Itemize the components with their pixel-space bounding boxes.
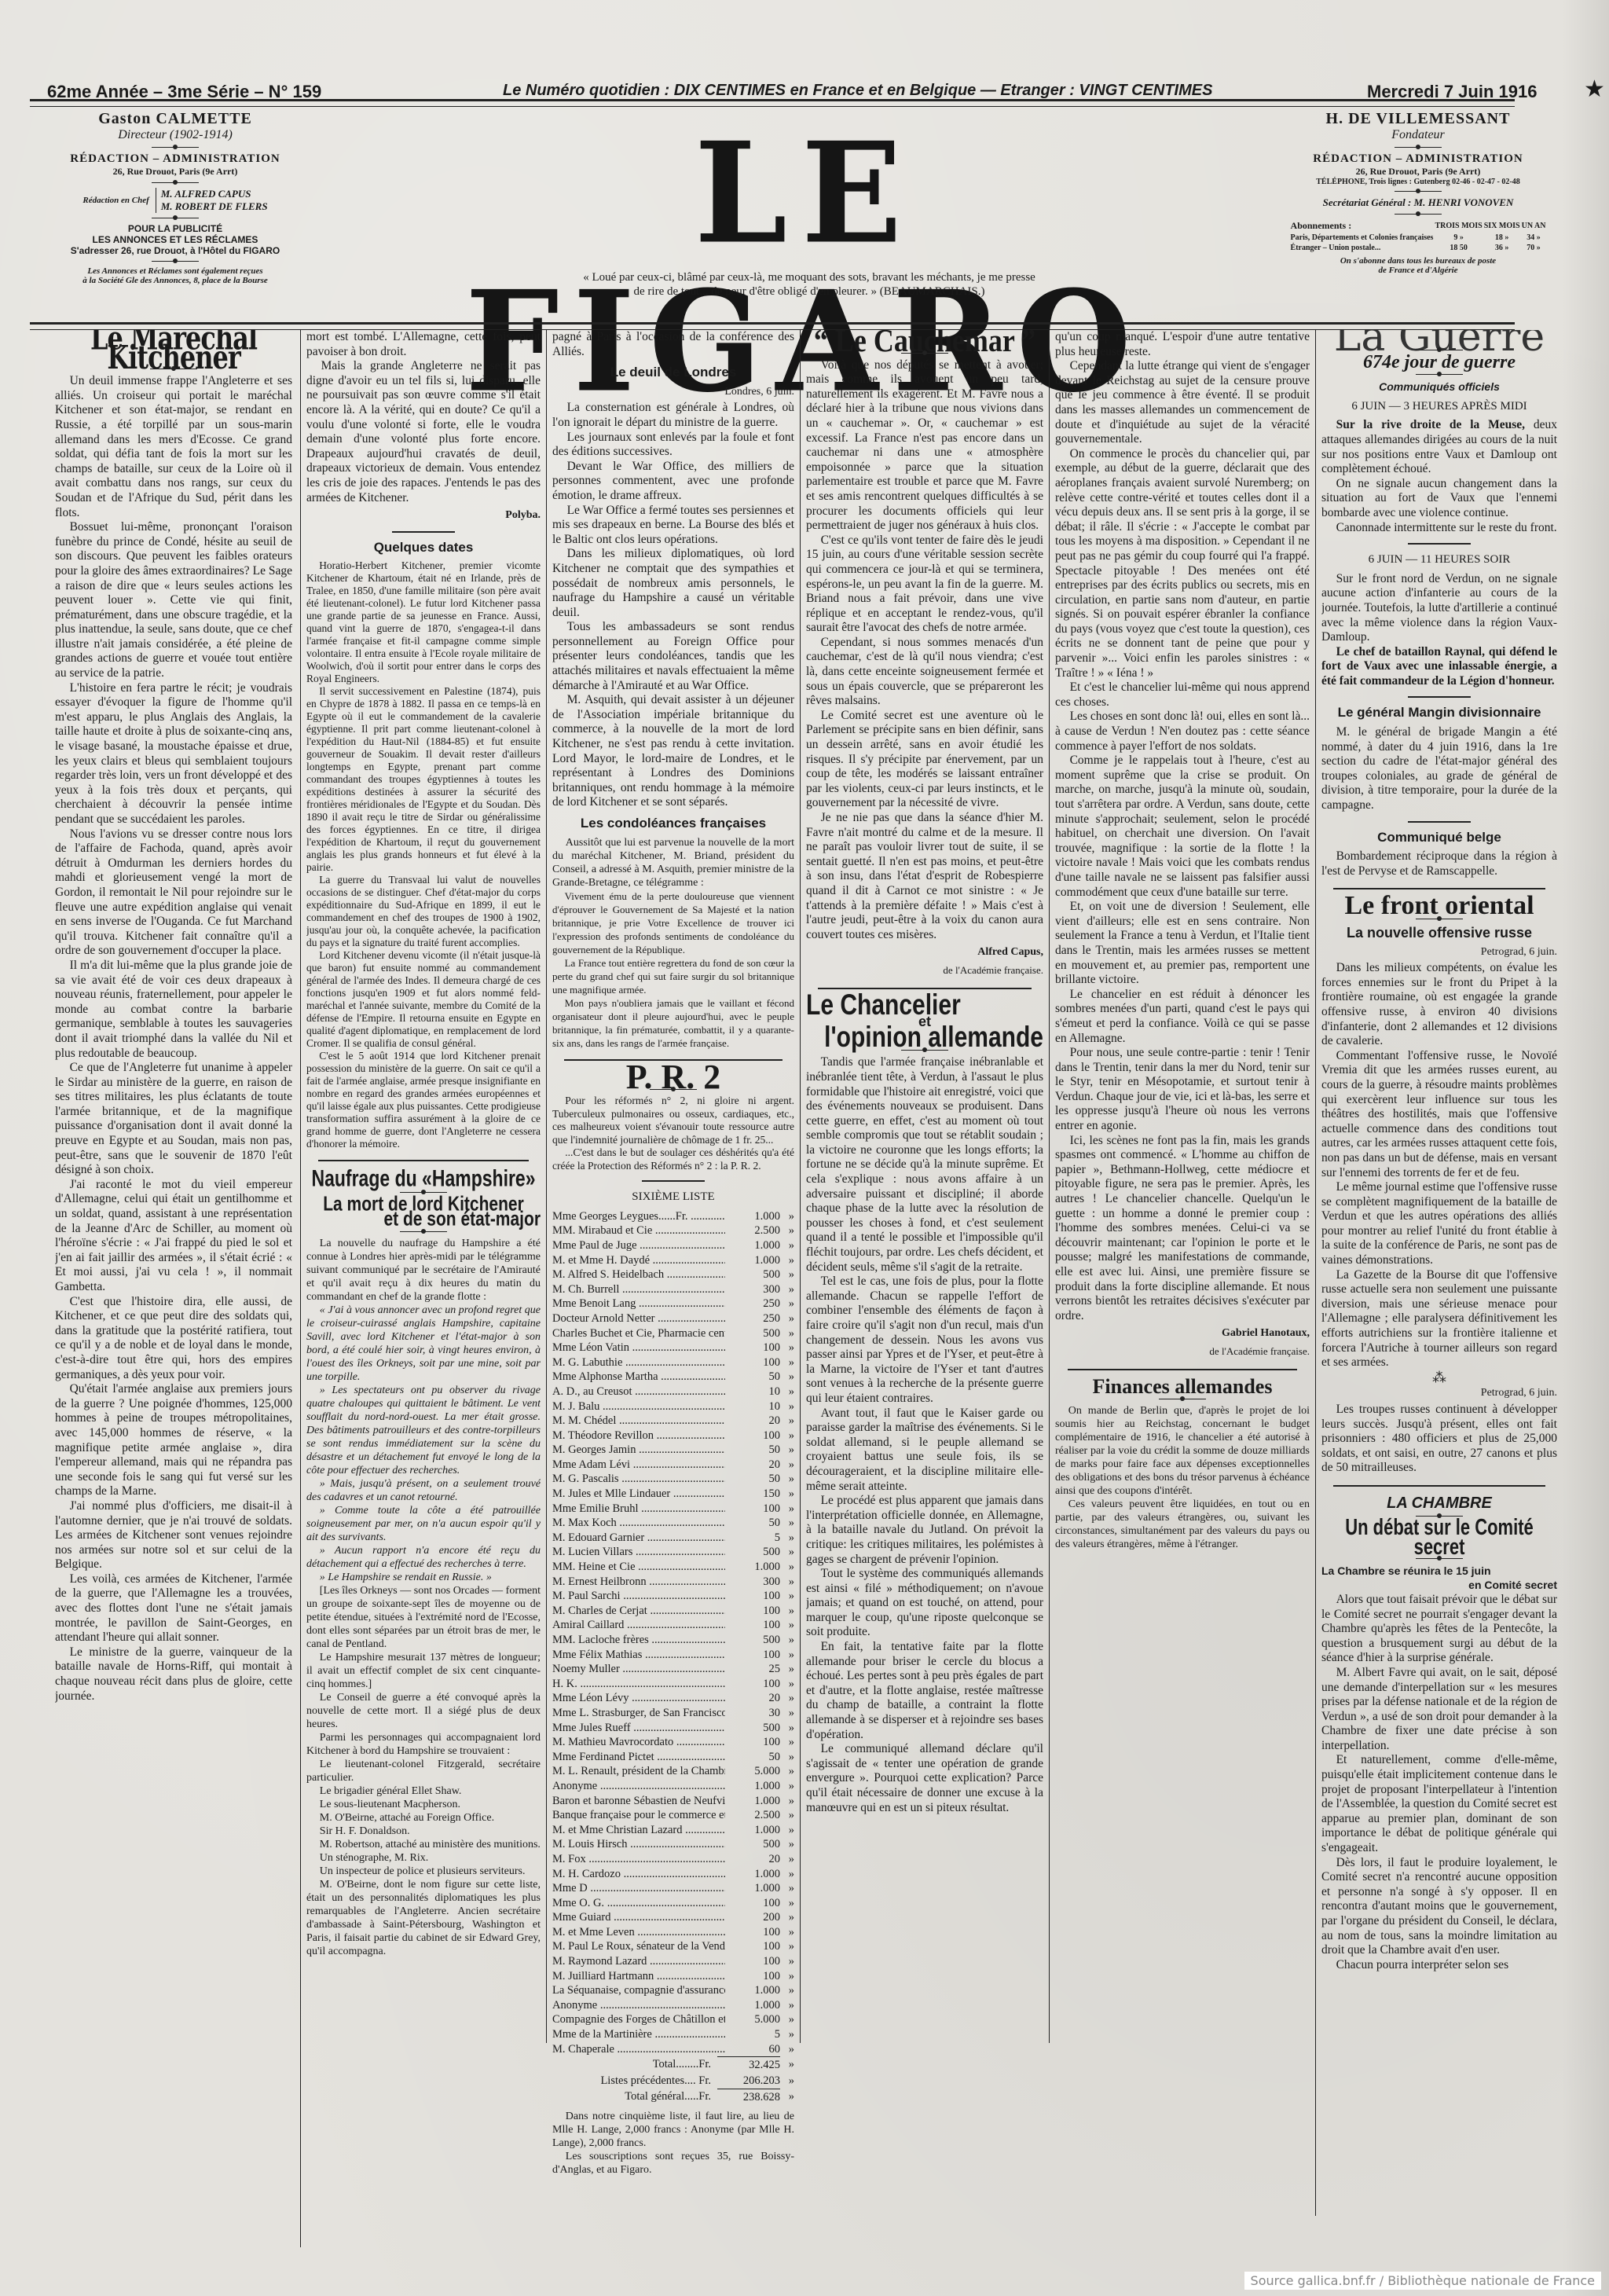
donor-amount: 20 — [725, 1414, 780, 1429]
donor-amount: 1.000 — [725, 1560, 780, 1575]
ditto-mark: » — [780, 1750, 794, 1765]
paragraph: Le procédé est plus apparent que jamais … — [806, 1494, 1043, 1567]
redaction-address: 26, Rue Drouot, Paris (9e Arrt) — [30, 166, 321, 178]
paragraph: Le War Office a fermé toutes ses persien… — [552, 504, 794, 548]
donor-name: Mme de la Martinière — [552, 2027, 725, 2042]
donor-name: Banque française pour le commerce et l'i… — [552, 1808, 725, 1823]
ditto-mark: » — [780, 1998, 794, 2013]
donor-name: M. J. Balu — [552, 1399, 725, 1414]
donor-row: Noemy Muller25» — [552, 1662, 794, 1677]
donor-name: M. et Mme Leven — [552, 1925, 725, 1940]
donor-amount: 2.500 — [725, 1223, 780, 1238]
paragraph: » Le Hampshire se rendait en Russie. » — [306, 1571, 541, 1584]
section-title: Le général Mangin divisionnaire — [1321, 706, 1557, 721]
subscription-table: Abonnements : TROIS MOIS SIX MOIS UN AN … — [1290, 219, 1547, 253]
ditto-mark: » — [780, 1472, 794, 1487]
donor-amount: 100 — [725, 1648, 780, 1663]
donor-amount: 100 — [725, 1939, 780, 1954]
paragraph: C'est ce qu'ils vont tenter de faire dès… — [806, 534, 1043, 636]
paragraph: Horatio-Herbert Kitchener, premier vicom… — [306, 559, 541, 685]
column-separator — [800, 330, 801, 2043]
donor-amount: 250 — [725, 1311, 780, 1326]
subheading-1: La Chambre se réunira le 15 juin — [1321, 1564, 1557, 1579]
paragraph: Il m'a dit lui-même que la plus grande j… — [55, 959, 292, 1061]
donor-row: M. Chaperale60» — [552, 2042, 794, 2057]
donor-name: Mme Jules Rueff — [552, 1721, 725, 1736]
ditto-mark: » — [780, 1209, 794, 1224]
paragraph: Un inspecteur de police et plusieurs ser… — [306, 1865, 541, 1878]
divider — [1068, 1369, 1297, 1370]
ditto-mark: » — [780, 1311, 794, 1326]
paragraph: C'est le 5 août 1914 que lord Kitchener … — [306, 1050, 541, 1150]
donor-row: Mme Adam Lévi20» — [552, 1458, 794, 1473]
donor-amount: 500 — [725, 1633, 780, 1648]
ditto-mark: » — [780, 1297, 794, 1311]
donor-amount: 1.000 — [725, 1983, 780, 1998]
paragraph: » Aucun rapport n'a encore été reçu du d… — [306, 1544, 541, 1571]
total-label: Total........Fr. — [552, 2056, 717, 2073]
ditto-mark: » — [780, 1545, 794, 1560]
donor-amount: 100 — [725, 1735, 780, 1750]
paragraph: qu'un coup manqué. L'espoir d'une autre … — [1055, 330, 1310, 359]
ditto-mark: » — [780, 2073, 794, 2089]
left-header-box: Gaston CALMETTE Directeur (1902-1914) RÉ… — [30, 110, 321, 285]
signature: Alfred Capus, — [806, 945, 1043, 960]
paragraph: Bombardement réciproque dans la région à… — [1321, 849, 1557, 878]
ditto-mark: » — [780, 1764, 794, 1779]
ornament — [152, 147, 199, 148]
donor-row: MM. Mirabaud et Cie2.500» — [552, 1223, 794, 1238]
paragraph: M. Albert Favre qui avait, on le sait, d… — [1321, 1666, 1557, 1754]
ditto-mark: » — [780, 1983, 794, 1998]
donor-row: Mme Félix Mathias100» — [552, 1648, 794, 1663]
donor-name: M. M. Chédel — [552, 1414, 725, 1429]
divider — [1333, 1485, 1545, 1487]
ditto-mark: » — [780, 1618, 794, 1633]
ornament — [1416, 374, 1463, 375]
donor-amount: 100 — [725, 1604, 780, 1619]
donor-name: M. Alfred S. Heidelbach — [552, 1267, 725, 1282]
section-title: LA CHAMBRE — [1321, 1496, 1557, 1511]
ditto-mark: » — [780, 1253, 794, 1268]
article-title: Le Chancelier — [806, 996, 1043, 1014]
donor-row: M. G. Labuthie100» — [552, 1355, 794, 1370]
paragraph: Les journaux sont enlevés par la foule e… — [552, 431, 794, 460]
ditto-mark: » — [780, 1939, 794, 1954]
donor-name: Mme D — [552, 1881, 725, 1896]
donor-name: Mme Georges Leygues......Fr. — [552, 1209, 725, 1224]
paragraph: M. Asquith, qui devait assister à un déj… — [552, 693, 794, 810]
ditto-mark: » — [780, 1735, 794, 1750]
column-separator — [546, 330, 547, 2043]
donor-amount: 100 — [725, 1896, 780, 1911]
donor-name: M. Théodore Revillon — [552, 1429, 725, 1443]
paragraph: « J'ai à vous annoncer avec un profond r… — [306, 1304, 541, 1384]
donor-amount: 5.000 — [725, 2012, 780, 2027]
donor-row: MM. Heine et Cie1.000» — [552, 1560, 794, 1575]
ditto-mark: » — [780, 1399, 794, 1414]
paragraph: Le Comité secret est une aventure où le … — [806, 709, 1043, 811]
paragraph: Cependant, si nous sommes menacés d'un c… — [806, 636, 1043, 709]
paragraph: M. le général de brigade Mangin a été no… — [1321, 725, 1557, 813]
ditto-mark: » — [780, 1238, 794, 1253]
donor-name: M. Louis Hirsch — [552, 1837, 725, 1852]
signature-affiliation: de l'Académie française. — [1055, 1344, 1310, 1359]
chef-2: M. ROBERT DE FLERS — [161, 200, 268, 213]
donor-name: M. Lucien Villars — [552, 1545, 725, 1560]
donor-name: M. et Mme H. Daydé — [552, 1253, 725, 1268]
paragraph: Vivement ému de la perte douloureuse que… — [552, 889, 794, 956]
paragraph: Et naturellement, comme d'elle-même, pui… — [1321, 1753, 1557, 1855]
pub-line-5: à la Société Gle des Annonces, 8, place … — [30, 276, 321, 285]
donor-amount: 500 — [725, 1267, 780, 1282]
paragraph: Les choses en sont donc là! oui, elles e… — [1055, 710, 1310, 754]
donor-amount: 20 — [725, 1458, 780, 1473]
grand-value: 238.628 — [717, 2089, 780, 2105]
donor-row: M. et Mme H. Daydé1.000» — [552, 1253, 794, 1268]
divider — [318, 1160, 529, 1161]
donor-amount: 300 — [725, 1282, 780, 1297]
donor-name: MM. Mirabaud et Cie — [552, 1223, 725, 1238]
donor-amount: 50 — [725, 1472, 780, 1487]
donor-amount: 100 — [725, 1677, 780, 1692]
subsection-title: Un débat sur le Comité secret — [1321, 1518, 1557, 1556]
donor-name: Charles Buchet et Cie, Pharmacie central… — [552, 1326, 725, 1341]
article-title: l'opinion allemande — [806, 1029, 1043, 1047]
donor-name: Mme O. G. — [552, 1896, 725, 1911]
price-cell: 36 » — [1483, 243, 1521, 253]
paragraph: Bossuet lui-même, prononçant l'oraison f… — [55, 520, 292, 681]
price-cell: 18 50 — [1434, 243, 1483, 253]
donor-name: MM. Heine et Cie — [552, 1560, 725, 1575]
paragraph: Un sténographe, M. Rix. — [306, 1851, 541, 1865]
donor-amount: 5.000 — [725, 1764, 780, 1779]
donor-name: Compagnie des Forges de Châtillon et Com… — [552, 2012, 725, 2027]
list-title: SIXIÈME LISTE — [552, 1190, 794, 1205]
paragraph: Avant tout, il faut que le Kaiser garde … — [806, 1407, 1043, 1495]
donor-row: M. Max Koch50» — [552, 1516, 794, 1531]
donor-row: Baron et baronne Sébastien de Neufville1… — [552, 1794, 794, 1809]
donor-name: Anonyme — [552, 1998, 725, 2013]
donor-amount: 1.000 — [725, 1998, 780, 2013]
donor-amount: 300 — [725, 1575, 780, 1590]
donor-row: M. Théodore Revillon100» — [552, 1429, 794, 1443]
donor-row: Mme Benoit Lang250» — [552, 1297, 794, 1311]
subheading-2: en Comité secret — [1321, 1578, 1557, 1593]
donor-row: Amiral Caillard100» — [552, 1618, 794, 1633]
donor-amount: 50 — [725, 1516, 780, 1531]
founder-name: H. DE VILLEMESSANT — [1288, 110, 1548, 128]
donor-name: Mme Guiard — [552, 1910, 725, 1925]
paragraph: » Mais, jusqu'à présent, on a seulement … — [306, 1477, 541, 1504]
ornament — [1159, 1399, 1206, 1399]
donor-amount: 1.000 — [725, 1253, 780, 1268]
paragraph: Le Hampshire mesurait 137 mètres de long… — [306, 1651, 541, 1691]
paragraph: Parmi les personnages qui accompagnaient… — [306, 1731, 541, 1758]
divider — [1408, 821, 1471, 823]
donor-amount: 2.500 — [725, 1808, 780, 1823]
founder-role: Fondateur — [1288, 128, 1548, 142]
column-6-la-guerre: La Guerre 674e jour de guerre Communiqué… — [1321, 330, 1557, 2247]
paragraph: Le chef de bataillon Raynal, qui défend … — [1321, 645, 1557, 689]
dateline: Petrograd, 6 juin. — [1321, 945, 1557, 960]
ornament — [152, 261, 199, 262]
paragraph: M. O'Beirne, dont le nom figure sur cett… — [306, 1878, 541, 1958]
donor-name: Mme L. Strasburger, de San Francisco — [552, 1706, 725, 1721]
paragraph: Qu'était l'armée anglaise aux premiers j… — [55, 1382, 292, 1499]
asterism: ⁂ — [1321, 1370, 1557, 1385]
ditto-mark: » — [780, 1969, 794, 1984]
paragraph: Le sous-lieutenant Macpherson. — [306, 1798, 541, 1811]
donor-name: Mme Félix Mathias — [552, 1648, 725, 1663]
paragraph: Ici, les scènes ne font pas la fin, mais… — [1055, 1134, 1310, 1324]
donor-name: M. Georges Jamin — [552, 1443, 725, 1458]
paragraph: La Gazette de la Bourse dit que l'offens… — [1321, 1268, 1557, 1370]
donor-amount: 20 — [725, 1852, 780, 1867]
divider — [1408, 696, 1471, 698]
donor-amount: 100 — [725, 1969, 780, 1984]
bold-lead: Sur la rive droite de la Meuse, — [1336, 418, 1525, 431]
donor-row: Anonyme1.000» — [552, 1998, 794, 2013]
ditto-mark: » — [780, 1429, 794, 1443]
price-cell: 70 » — [1521, 243, 1547, 253]
redaction-address: 26, Rue Drouot, Paris (9e Arrt) — [1288, 166, 1548, 178]
donor-name: Mme Emilie Bruhl — [552, 1502, 725, 1517]
ditto-mark: » — [780, 1779, 794, 1794]
donor-row: M. Ernest Heilbronn300» — [552, 1575, 794, 1590]
donor-row: Mme Ferdinand Pictet50» — [552, 1750, 794, 1765]
paragraph: [Les îles Orkneys — sont nos Orcades — f… — [306, 1584, 541, 1651]
donor-row: Compagnie des Forges de Châtillon et Com… — [552, 2012, 794, 2027]
donor-amount: 500 — [725, 1837, 780, 1852]
ornament — [1416, 1558, 1463, 1559]
row-label: Paris, Départements et Colonies français… — [1290, 233, 1435, 243]
pub-line-1: POUR LA PUBLICITÉ — [30, 223, 321, 234]
paragraph: M. Robertson, attaché au ministère des m… — [306, 1838, 541, 1851]
divider — [1333, 888, 1545, 889]
ornament — [1416, 350, 1463, 350]
paragraph: C'est que l'histoire dira, elle aussi, d… — [55, 1295, 292, 1383]
donor-name: Mme Benoit Lang — [552, 1297, 725, 1311]
ornament — [150, 369, 197, 369]
ornament — [1395, 214, 1442, 215]
article-marechal-kitchener: Le Maréchal Kitchener Un deuil immense f… — [55, 330, 292, 2247]
section-title: La Guerre — [1321, 330, 1557, 345]
donor-name: M. G. Labuthie — [552, 1355, 725, 1370]
previous-lists-row: Listes précédentes.... Fr. 206.203 » — [552, 2073, 794, 2089]
donor-name: Mme Adam Lévi — [552, 1458, 725, 1473]
donor-amount: 10 — [725, 1399, 780, 1414]
price-cell: 18 » — [1483, 233, 1521, 243]
donor-amount: 25 — [725, 1662, 780, 1677]
paragraph: En fait, la tentative faite par la flott… — [806, 1640, 1043, 1742]
donor-row: Mme Paul de Juge1.000» — [552, 1238, 794, 1253]
donor-name: Mme Léon Lévy — [552, 1691, 725, 1706]
paragraph: La guerre du Transvaal lui valut de nouv… — [306, 874, 541, 949]
ditto-mark: » — [780, 1326, 794, 1341]
total-row: Total........Fr. 32.425 » — [552, 2056, 794, 2073]
donor-row: M. M. Chédel20» — [552, 1414, 794, 1429]
donor-row: Mme Léon Lévy20» — [552, 1691, 794, 1706]
right-header-box: H. DE VILLEMESSANT Fondateur RÉDACTION –… — [1288, 110, 1548, 275]
paragraph: Commentant l'offensive russe, le Novoïé … — [1321, 1049, 1557, 1180]
paragraph: J'ai raconté le mot du vieil empereur d'… — [55, 1178, 292, 1295]
paragraph: Les troupes russes continuent à développ… — [1321, 1403, 1557, 1476]
row-label: Étranger – Union postale... — [1290, 243, 1435, 253]
donor-row: M. Georges Jamin50» — [552, 1443, 794, 1458]
star-icon: ★ — [1584, 75, 1605, 103]
ditto-mark: » — [780, 1823, 794, 1838]
ornament — [1416, 919, 1463, 919]
donor-row: M. G. Pascalis50» — [552, 1472, 794, 1487]
donor-row: M. Alfred S. Heidelbach500» — [552, 1267, 794, 1282]
paragraph: Alors que tout faisait prévoir que le dé… — [1321, 1593, 1557, 1666]
divider — [642, 1180, 705, 1182]
director-name: Gaston CALMETTE — [30, 110, 321, 128]
donor-amount: 10 — [725, 1385, 780, 1399]
donor-amount: 20 — [725, 1691, 780, 1706]
paragraph: Nous l'avions vu se dresser contre nous … — [55, 827, 292, 959]
ornament — [152, 182, 199, 183]
donor-amount: 100 — [725, 1355, 780, 1370]
donor-name: Baron et baronne Sébastien de Neufville — [552, 1794, 725, 1809]
donor-row: M. H. Cardozo1.000» — [552, 1867, 794, 1882]
paragraph: Dans les milieux compétents, on évalue l… — [1321, 961, 1557, 1049]
ditto-mark: » — [780, 1385, 794, 1399]
paragraph: Le communiqué allemand déclare qu'il s'a… — [806, 1742, 1043, 1815]
article-title: “ Le Cauchemar ” — [806, 332, 1043, 349]
ditto-mark: » — [780, 1794, 794, 1809]
donor-row: La Séquanaise, compagnie d'assurances1.0… — [552, 1983, 794, 1998]
donor-row: M. Paul Le Roux, sénateur de la Vendée10… — [552, 1939, 794, 1954]
donor-row: Charles Buchet et Cie, Pharmacie central… — [552, 1326, 794, 1341]
donor-name: M. Raymond Lazard — [552, 1954, 725, 1969]
donor-amount: 200 — [725, 1910, 780, 1925]
column-separator — [1315, 330, 1316, 2216]
col-header: UN AN — [1521, 219, 1547, 233]
ditto-mark: » — [780, 1706, 794, 1721]
donor-row: Mme O. G.100» — [552, 1896, 794, 1911]
pub-line-4: Les Annonces et Réclames sont également … — [30, 266, 321, 276]
column-separator — [300, 330, 301, 2247]
price-cell: 9 » — [1434, 233, 1483, 243]
donor-row: M. Charles de Cerjat100» — [552, 1604, 794, 1619]
ditto-mark: » — [780, 1531, 794, 1546]
dateline: Petrograd, 6 juin. — [1321, 1386, 1557, 1401]
paragraph: Canonnade intermittente sur le reste du … — [1321, 521, 1557, 536]
donor-amount: 500 — [725, 1721, 780, 1736]
paragraph: Chacun pourra interpréter selon ses — [1321, 1958, 1557, 1973]
donor-row: M. Lucien Villars500» — [552, 1545, 794, 1560]
ditto-mark: » — [780, 2027, 794, 2042]
donor-row: M. Ch. Burrell300» — [552, 1282, 794, 1297]
paragraph: La France tout entière regrettera du fon… — [552, 956, 794, 996]
donor-amount: 100 — [725, 1341, 780, 1355]
secretariat: Secrétariat Général : M. HENRI VONOVEN — [1288, 196, 1548, 209]
donor-amount: 1.000 — [725, 1779, 780, 1794]
motto-line-2: de rire de tout... de peur d'être obligé… — [503, 284, 1116, 299]
communique-time: 6 JUIN — 3 HEURES APRÈS MIDI — [1321, 399, 1557, 414]
donor-amount: 1.000 — [725, 1881, 780, 1896]
donor-row: Mme Léon Vatin100» — [552, 1341, 794, 1355]
donor-name: M. L. Renault, président de la Chambre s… — [552, 1764, 725, 1779]
paragraph: pagné à Paris à l'occasion de la confére… — [552, 330, 794, 359]
paragraph: Sur le front nord de Verdun, on ne signa… — [1321, 572, 1557, 645]
donor-row: Mme de la Martinière5» — [552, 2027, 794, 2042]
donor-name: M. G. Pascalis — [552, 1472, 725, 1487]
donor-row: M. et Mme Leven100» — [552, 1925, 794, 1940]
subscriptions-label: Abonnements : — [1290, 219, 1435, 233]
paragraph: Comme je le rappelais tout à l'heure, c'… — [1055, 754, 1310, 900]
donor-row: M. Paul Sarchi100» — [552, 1589, 794, 1604]
donor-row: M. Mathieu Mavrocordato100» — [552, 1735, 794, 1750]
donor-amount: 5 — [725, 1531, 780, 1546]
donor-name: H. K. — [552, 1677, 725, 1692]
ditto-mark: » — [780, 1223, 794, 1238]
divider — [1408, 543, 1471, 545]
donor-row: M. J. Balu10» — [552, 1399, 794, 1414]
section-title: Quelques dates — [306, 541, 541, 556]
ditto-mark: » — [780, 1560, 794, 1575]
ditto-mark: » — [780, 1370, 794, 1385]
source-credit: Source gallica.bnf.fr / Bibliothèque nat… — [1244, 2272, 1601, 2290]
ditto-mark: » — [780, 1604, 794, 1619]
ornament — [650, 1089, 697, 1090]
ornament — [152, 218, 199, 218]
motto-line-1: « Loué par ceux-ci, blâmé par ceux-là, m… — [503, 270, 1116, 284]
donor-amount: 1.000 — [725, 1794, 780, 1809]
section-title: Les condoléances françaises — [552, 816, 794, 831]
signature: Gabriel Hanotaux, — [1055, 1326, 1310, 1341]
donor-name: M. Chaperale — [552, 2042, 725, 2057]
ditto-mark: » — [780, 1896, 794, 1911]
paragraph: Sir H. F. Donaldson. — [306, 1825, 541, 1838]
donor-name: Amiral Caillard — [552, 1618, 725, 1633]
subsection-title: et de son état-major — [306, 1210, 541, 1228]
donor-amount: 100 — [725, 1502, 780, 1517]
ditto-mark: » — [780, 1648, 794, 1663]
donor-row: Mme D1.000» — [552, 1881, 794, 1896]
donor-amount: 500 — [725, 1326, 780, 1341]
paragraph: Mais la grande Angleterre ne serait pas … — [306, 359, 541, 505]
ditto-mark: » — [780, 1443, 794, 1458]
donor-name: M. et Mme Christian Lazard — [552, 1823, 725, 1838]
paragraph: L'histoire en fera partre le récit; je v… — [55, 681, 292, 827]
ornament — [400, 1231, 447, 1232]
column-4: “ Le Cauchemar ” Voilà que nos députés s… — [806, 330, 1043, 2043]
donor-name: MM. Lacloche frères — [552, 1633, 725, 1648]
donor-name: M. Ch. Burrell — [552, 1282, 725, 1297]
ditto-mark: » — [780, 1633, 794, 1648]
donor-list: Mme Georges Leygues......Fr.1.000»MM. Mi… — [552, 1209, 794, 2056]
donor-amount: 1.000 — [725, 1867, 780, 1882]
pub-line-3: S'adresser 26, rue Drouot, à l'Hôtel du … — [30, 245, 321, 256]
donor-name: Mme Alphonse Martha — [552, 1370, 725, 1385]
donor-name: M. Juilliard Hartmann — [552, 1969, 725, 1984]
donor-amount: 50 — [725, 1750, 780, 1765]
ornament — [901, 353, 948, 354]
paragraph: Le brigadier général Ellet Shaw. — [306, 1784, 541, 1798]
paragraph: Dans les milieux diplomatiques, où lord … — [552, 547, 794, 620]
ditto-mark: » — [780, 1910, 794, 1925]
donor-name: M. Ernest Heilbronn — [552, 1575, 725, 1590]
director-role: Directeur (1902-1914) — [30, 128, 321, 142]
paragraph: Tous les ambassadeurs se sont rendus per… — [552, 620, 794, 693]
paragraph: Dans notre cinquième liste, il faut lire… — [552, 2110, 794, 2150]
ditto-mark: » — [780, 1691, 794, 1706]
paragraph: Le Conseil de guerre a été convoqué aprè… — [306, 1691, 541, 1731]
donor-row: M. Fox20» — [552, 1852, 794, 1867]
